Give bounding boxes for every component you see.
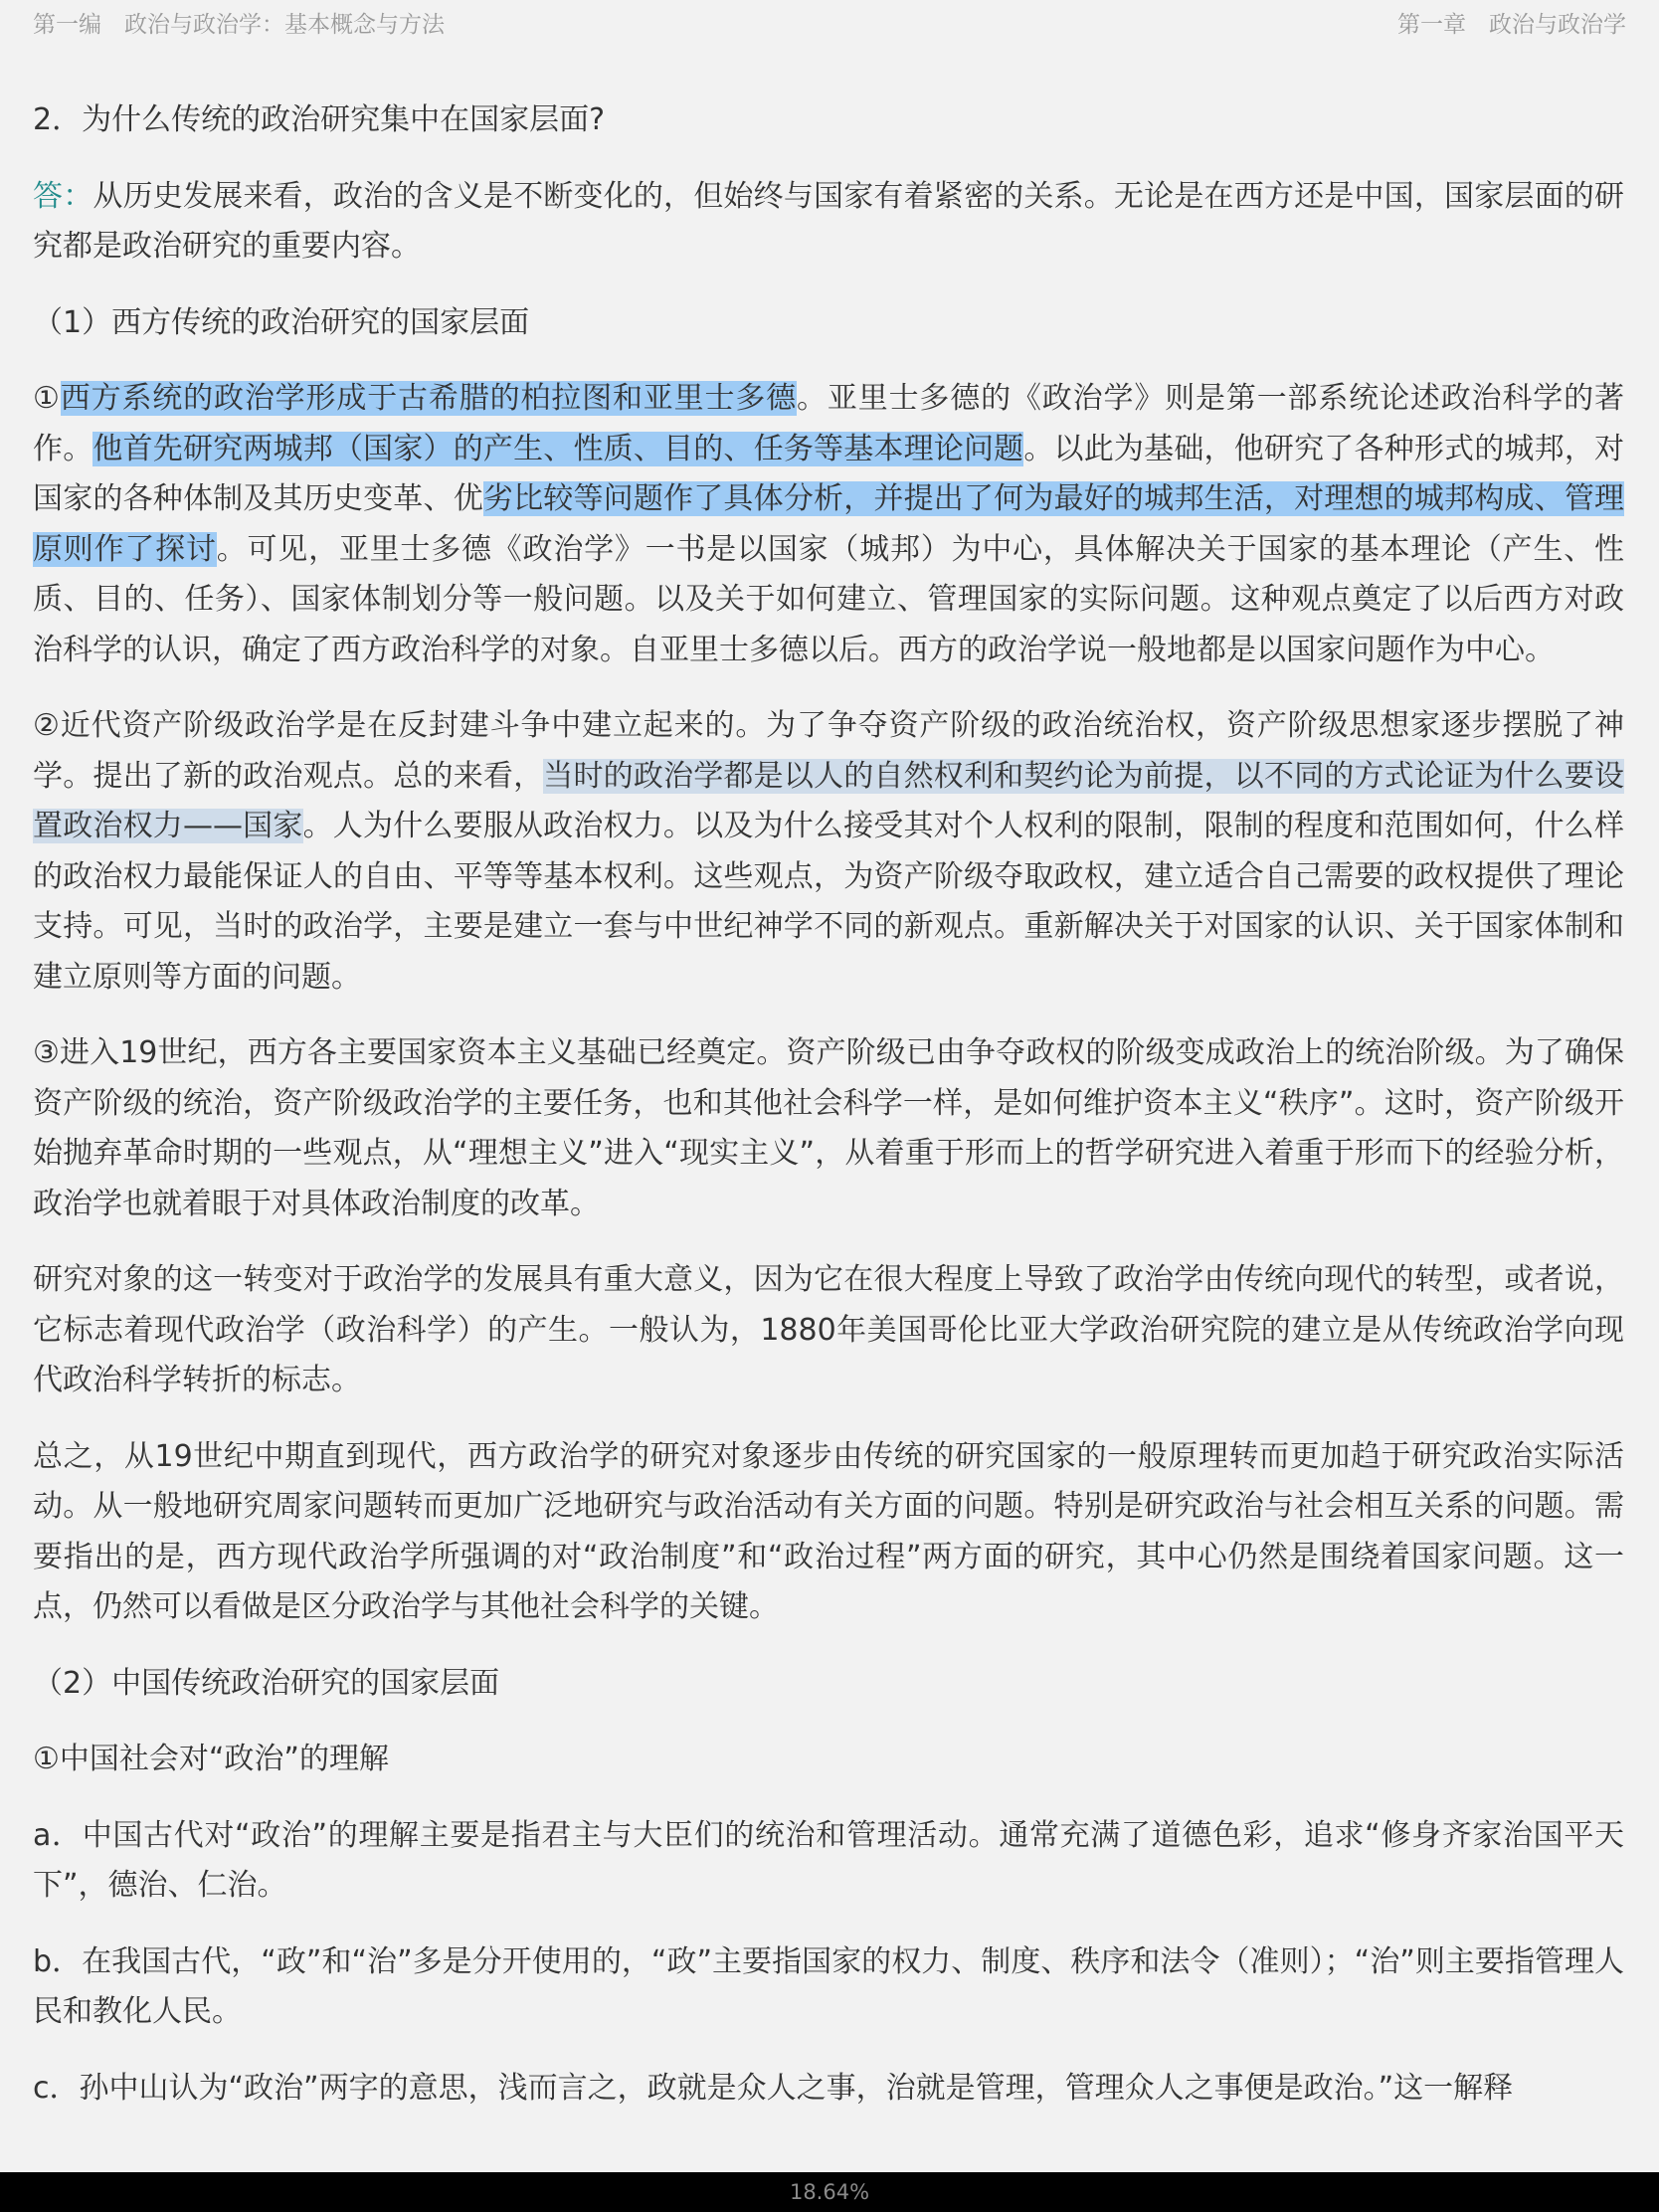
running-header: 第一编 政治与政治学：基本概念与方法 第一章 政治与政治学 [0, 0, 1659, 44]
paragraph-western-3: ③进入19世纪，西方各主要国家资本主义基础已经奠定。资产阶级已由争夺政权的阶级变… [33, 1028, 1624, 1229]
circled-number-2: ② [33, 708, 61, 743]
reading-progress-percent: 18.64% [790, 2180, 869, 2204]
highlighted-text[interactable]: 他首先研究两城邦（国家）的产生、性质、目的、任务等基本理论问题 [92, 432, 1023, 466]
reader-page-content[interactable]: 2．为什么传统的政治研究集中在国家层面? 答：从历史发展来看，政治的含义是不断变… [33, 95, 1624, 2139]
answer-paragraph: 答：从历史发展来看，政治的含义是不断变化的，但始终与国家有着紧密的关系。无论是在… [33, 172, 1624, 273]
paragraph-western-5: 总之，从19世纪中期直到现代，西方政治学的研究对象逐步由传统的研究国家的一般原理… [33, 1432, 1624, 1633]
highlighted-text[interactable]: 西方系统的政治学形成于古希腊的柏拉图和亚里士多德 [61, 381, 797, 416]
body-text: 进入19世纪，西方各主要国家资本主义基础已经奠定。资产阶级已由争夺政权的阶级变成… [33, 1035, 1624, 1221]
header-part-title: 第一编 政治与政治学：基本概念与方法 [33, 6, 445, 39]
subheading-chinese-understanding: ①中国社会对“政治”的理解 [33, 1735, 1624, 1785]
circled-number-3: ③ [33, 1035, 60, 1070]
section-heading-chinese: （2）中国传统政治研究的国家层面 [33, 1659, 1624, 1710]
question-title: 2．为什么传统的政治研究集中在国家层面? [33, 95, 1624, 146]
answer-label: 答： [33, 179, 92, 214]
paragraph-western-1: ①西方系统的政治学形成于古希腊的柏拉图和亚里士多德。亚里士多德的《政治学》则是第… [33, 374, 1624, 675]
section-heading-western: （1）西方传统的政治研究的国家层面 [33, 298, 1624, 349]
reading-progress-bar: 18.64% [0, 2172, 1659, 2212]
body-text: 。可见，亚里士多德《政治学》一书是以国家（城邦）为中心，具体解决关于国家的基本理… [33, 532, 1624, 667]
circled-number-1: ① [33, 381, 61, 416]
list-item-a: a．中国古代对“政治”的理解主要是指君主与大臣们的统治和管理活动。通常充满了道德… [33, 1811, 1624, 1912]
list-item-c: c．孙中山认为“政治”两字的意思，浅而言之，政就是众人之事，治就是管理，管理众人… [33, 2064, 1624, 2115]
answer-intro: 从历史发展来看，政治的含义是不断变化的，但始终与国家有着紧密的关系。无论是在西方… [33, 179, 1624, 265]
paragraph-western-2: ②近代资产阶级政治学是在反封建斗争中建立起来的。为了争夺资产阶级的政治统治权，资… [33, 701, 1624, 1003]
header-chapter-title: 第一章 政治与政治学 [1397, 6, 1626, 39]
list-item-b: b．在我国古代，“政”和“治”多是分开使用的，“政”主要指国家的权力、制度、秩序… [33, 1937, 1624, 2038]
paragraph-western-4: 研究对象的这一转变对于政治学的发展具有重大意义，因为它在很大程度上导致了政治学由… [33, 1255, 1624, 1406]
